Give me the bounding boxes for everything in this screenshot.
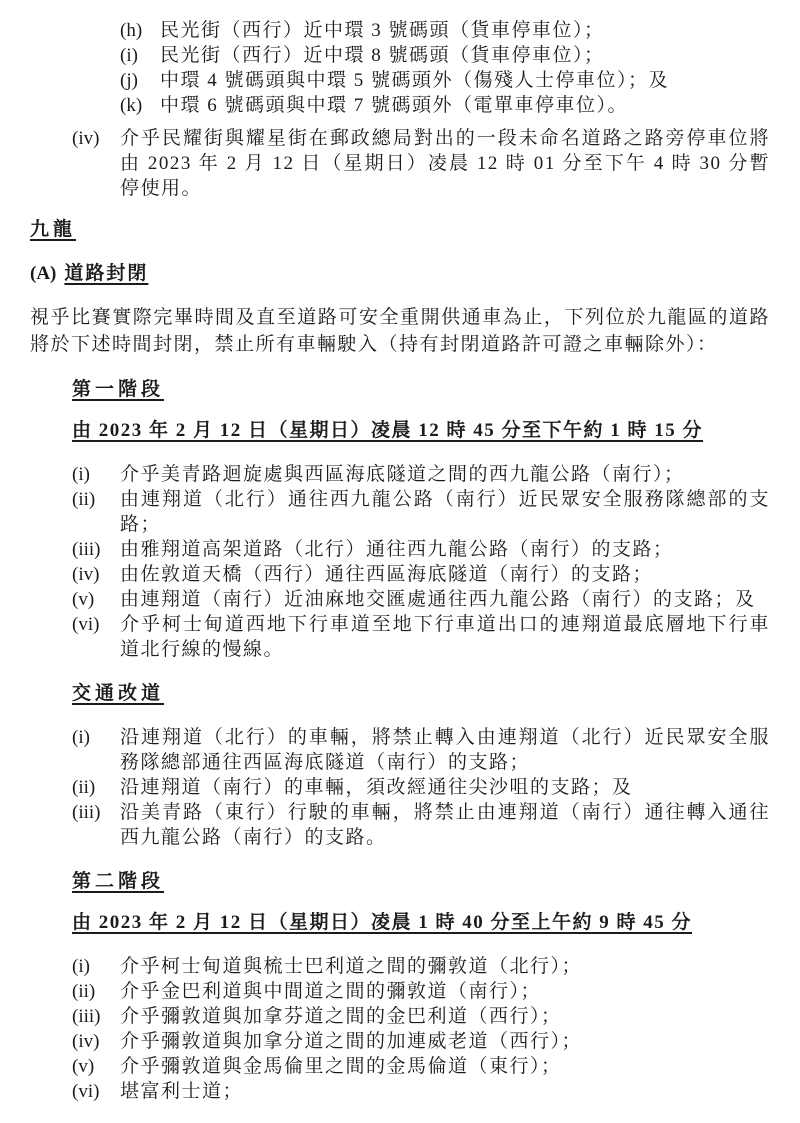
list-item-label: (v) (72, 1054, 120, 1079)
list-item-text: 沿連翔道（南行）的車輛，須改經通往尖沙咀的支路；及 (120, 775, 770, 800)
list-item-text: 沿美青路（東行）行駛的車輛，將禁止由連翔道（南行）通往轉入通往西九龍公路（南行）… (120, 800, 770, 850)
list-item-label: (ii) (72, 979, 120, 1004)
list-item-label: (i) (120, 43, 160, 68)
list-item-label: (vi) (72, 612, 120, 637)
list-item: (i) 民光街（西行）近中環 8 號碼頭（貨車停車位）； (120, 43, 770, 68)
list-item-label: (vi) (72, 1079, 120, 1104)
list-item: (i) 介乎美青路迴旋處與西區海底隧道之間的西九龍公路（南行）； (72, 462, 770, 487)
list-item-text: 介乎彌敦道與加拿芬道之間的金巴利道（西行）； (120, 1004, 770, 1029)
list-item: (vi) 堪富利士道； (72, 1079, 770, 1104)
list-item-label: (iii) (72, 1004, 120, 1029)
phase2-road-list: (i) 介乎柯士甸道與梳士巴利道之間的彌敦道（北行）； (ii) 介乎金巴利道與… (72, 954, 770, 1104)
traffic-diversion-heading-text: 交通改道 (72, 683, 164, 704)
phase2-heading: 第二階段 (72, 869, 770, 894)
list-item-text: 介乎民耀街與耀星街在郵政總局對出的一段未命名道路之路旁停車位將由 2023 年 … (120, 126, 770, 201)
list-item: (iii) 介乎彌敦道與加拿芬道之間的金巴利道（西行）； (72, 1004, 770, 1029)
list-item-label: (iv) (72, 1029, 120, 1054)
list-item-text: 堪富利士道； (120, 1079, 770, 1104)
list-item-text: 由連翔道（北行）通往西九龍公路（南行）近民眾安全服務隊總部的支路； (120, 487, 770, 537)
traffic-diversion-list: (i) 沿連翔道（北行）的車輛，將禁止轉入由連翔道（北行）近民眾安全服務隊總部通… (72, 725, 770, 850)
list-item-label: (k) (120, 93, 160, 118)
phase1-heading: 第一階段 (72, 377, 770, 402)
list-item-label: (v) (72, 587, 120, 612)
section-a-road-closure: (A)道路封閉 (30, 261, 770, 286)
list-item: (ii) 沿連翔道（南行）的車輛，須改經通往尖沙咀的支路；及 (72, 775, 770, 800)
list-item: (i) 沿連翔道（北行）的車輛，將禁止轉入由連翔道（北行）近民眾安全服務隊總部通… (72, 725, 770, 775)
list-item-text: 由佐敦道天橋（西行）通往西區海底隧道（南行）的支路； (120, 562, 770, 587)
list-item-text: 民光街（西行）近中環 8 號碼頭（貨車停車位）； (160, 43, 770, 68)
list-item-text: 介乎金巴利道與中間道之間的彌敦道（南行）； (120, 979, 770, 1004)
phase1-road-list: (i) 介乎美青路迴旋處與西區海底隧道之間的西九龍公路（南行）； (ii) 由連… (72, 462, 770, 662)
list-item: (k) 中環 6 號碼頭與中環 7 號碼頭外（電單車停車位）。 (120, 93, 770, 118)
list-item-text: 沿連翔道（北行）的車輛，將禁止轉入由連翔道（北行）近民眾安全服務隊總部通往西區海… (120, 725, 770, 775)
parking-suspension-item: (iv) 介乎民耀街與耀星街在郵政總局對出的一段未命名道路之路旁停車位將由 20… (72, 126, 770, 201)
list-item: (i) 介乎柯士甸道與梳士巴利道之間的彌敦道（北行）； (72, 954, 770, 979)
list-item-label: (ii) (72, 487, 120, 512)
list-item: (h) 民光街（西行）近中環 3 號碼頭（貨車停車位）； (120, 18, 770, 43)
list-item: (iv) 介乎彌敦道與加拿分道之間的加連威老道（西行）； (72, 1029, 770, 1054)
list-item-label: (iv) (72, 562, 120, 587)
list-item: (vi) 介乎柯士甸道西地下行車道至地下行車道出口的連翔道最底層地下行車道北行線… (72, 612, 770, 662)
list-item-text: 介乎彌敦道與金馬倫里之間的金馬倫道（東行）； (120, 1054, 770, 1079)
phase2-heading-text: 第二階段 (72, 871, 164, 892)
list-item-label: (i) (72, 954, 120, 979)
section-label: (A) (30, 263, 56, 284)
notice-page: (h) 民光街（西行）近中環 3 號碼頭（貨車停車位）； (i) 民光街（西行）… (0, 0, 800, 1123)
harbour-parking-list: (h) 民光街（西行）近中環 3 號碼頭（貨車停車位）； (i) 民光街（西行）… (120, 18, 770, 118)
list-item: (iii) 沿美青路（東行）行駛的車輛，將禁止由連翔道（南行）通往轉入通往西九龍… (72, 800, 770, 850)
list-item-label: (i) (72, 725, 120, 750)
list-item-label: (h) (120, 18, 160, 43)
list-item-text: 介乎柯士甸道與梳士巴利道之間的彌敦道（北行）； (120, 954, 770, 979)
list-item-label: (i) (72, 462, 120, 487)
list-item-text: 介乎彌敦道與加拿分道之間的加連威老道（西行）； (120, 1029, 770, 1054)
closure-intro-paragraph: 視乎比賽實際完畢時間及直至道路可安全重開供通車為止，下列位於九龍區的道路將於下述… (30, 304, 770, 358)
list-item: (j) 中環 4 號碼頭與中環 5 號碼頭外（傷殘人士停車位）；及 (120, 68, 770, 93)
list-item: (iii) 由雅翔道高架道路（北行）通往西九龍公路（南行）的支路； (72, 537, 770, 562)
list-item-text: 中環 4 號碼頭與中環 5 號碼頭外（傷殘人士停車位）；及 (160, 68, 770, 93)
list-item-text: 由雅翔道高架道路（北行）通往西九龍公路（南行）的支路； (120, 537, 770, 562)
list-item: (iv) 由佐敦道天橋（西行）通往西區海底隧道（南行）的支路； (72, 562, 770, 587)
list-item-text: 介乎柯士甸道西地下行車道至地下行車道出口的連翔道最底層地下行車道北行線的慢線。 (120, 612, 770, 662)
list-item: (v) 介乎彌敦道與金馬倫里之間的金馬倫道（東行）； (72, 1054, 770, 1079)
list-item-label: (j) (120, 68, 160, 93)
section-title: 道路封閉 (64, 263, 148, 284)
list-item-text: 民光街（西行）近中環 3 號碼頭（貨車停車位）； (160, 18, 770, 43)
list-item: (v) 由連翔道（南行）近油麻地交匯處通往西九龍公路（南行）的支路；及 (72, 587, 770, 612)
list-item-label: (iii) (72, 800, 120, 825)
list-item: (ii) 介乎金巴利道與中間道之間的彌敦道（南行）； (72, 979, 770, 1004)
phase1-period: 由 2023 年 2 月 12 日（星期日）凌晨 12 時 45 分至下午約 1… (72, 418, 770, 443)
traffic-diversion-heading: 交通改道 (72, 681, 770, 706)
list-item-text: 中環 6 號碼頭與中環 7 號碼頭外（電單車停車位）。 (160, 93, 770, 118)
list-item: (ii) 由連翔道（北行）通往西九龍公路（南行）近民眾安全服務隊總部的支路； (72, 487, 770, 537)
region-heading-kowloon: 九龍 (30, 217, 770, 242)
list-item-label: (iii) (72, 537, 120, 562)
phase2-period: 由 2023 年 2 月 12 日（星期日）凌晨 1 時 40 分至上午約 9 … (72, 910, 770, 935)
list-item-text: 介乎美青路迴旋處與西區海底隧道之間的西九龍公路（南行）； (120, 462, 770, 487)
list-item-label: (iv) (72, 126, 120, 151)
list-item-label: (ii) (72, 775, 120, 800)
phase1-heading-text: 第一階段 (72, 379, 164, 400)
region-heading-text: 九龍 (30, 219, 76, 240)
list-item-text: 由連翔道（南行）近油麻地交匯處通往西九龍公路（南行）的支路；及 (120, 587, 770, 612)
